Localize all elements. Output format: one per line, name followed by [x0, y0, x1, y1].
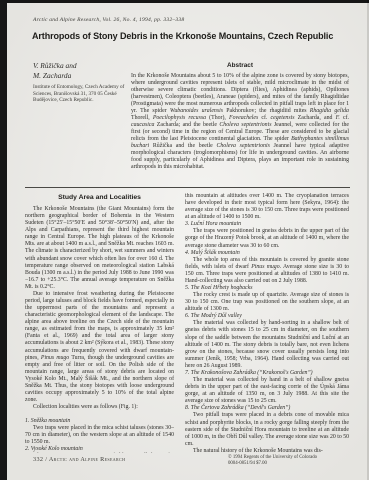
paragraph: Collection localities were as follows (F… [25, 404, 174, 411]
paragraph: this mountain at altitudes over 1400 m. … [185, 193, 349, 221]
footer-copyright-line2: 0004-0851/94 $7.00 [228, 461, 358, 467]
article-title: Arthropods of Stony Debris in the Krkono… [32, 31, 362, 41]
footer-copyright: © 1994 Regents of the University of Colo… [228, 455, 358, 467]
left-column-blocks: The Krkonoše Mountains (the Giant Mounta… [25, 206, 174, 453]
scan-edge-top [0, 0, 369, 3]
locality-heading: 7. The Krakonošova Zahrádka (“Krakonoš's… [185, 370, 349, 377]
section-heading: Study Area and Localities [25, 194, 174, 201]
abstract-section: Abstract In the Krkonoše Mountains about… [131, 62, 349, 171]
journal-citation-line: Arctic and Alpine Research, Vol. 26, No.… [33, 17, 333, 23]
abstract-text: In the Krkonoše Mountains about 5 to 10%… [131, 73, 349, 171]
paragraph: The material was collected by hand in a … [185, 377, 349, 405]
locality-heading: 4. Malý Šišák mountain [185, 250, 349, 257]
paragraph: The rocky crest is made up of quartzite.… [185, 292, 349, 313]
abstract-heading: Abstract [131, 62, 349, 69]
footer-page-journal: 332 / Arctic and Alpine Research [33, 456, 125, 463]
paragraph: Two traps were placed in the mica schist… [25, 425, 174, 446]
paragraph: The whole top area of this mountain is c… [185, 257, 349, 285]
paragraph: The natural history of the Krkonoše Moun… [185, 448, 349, 453]
author-affiliation: Institute of Entomology, Czech Academy o… [33, 84, 125, 104]
paragraph: The material was collected by hand-sorti… [185, 320, 349, 370]
paragraph: The traps were positioned in gneiss debr… [185, 228, 349, 249]
paragraph: Two pitfall traps were placed in a debri… [185, 412, 349, 447]
scanned-paper-page: Arctic and Alpine Research, Vol. 26, No.… [0, 0, 369, 480]
paragraph: The Krkonoše Mountains (the Giant Mounta… [25, 206, 174, 291]
left-text-column: Study Area and Localities The Krkonoše M… [25, 193, 174, 453]
section-divider-rule [25, 187, 350, 188]
author-block: V. Růžička and M. Zacharda Institute of … [33, 61, 129, 104]
paragraph: Due to intensive frost weathering during… [25, 291, 174, 404]
author-name-line1: V. Růžička and [33, 61, 129, 71]
scan-edge-left [0, 0, 7, 480]
locality-heading: 2. Vysoké Kolo mountain [25, 446, 174, 453]
locality-heading: 1. Sněžka mountain [25, 418, 174, 425]
right-column-blocks: this mountain at altitudes over 1400 m. … [185, 193, 349, 453]
right-text-column: this mountain at altitudes over 1400 m. … [185, 193, 349, 453]
author-name-line2: M. Zacharda [33, 71, 129, 81]
